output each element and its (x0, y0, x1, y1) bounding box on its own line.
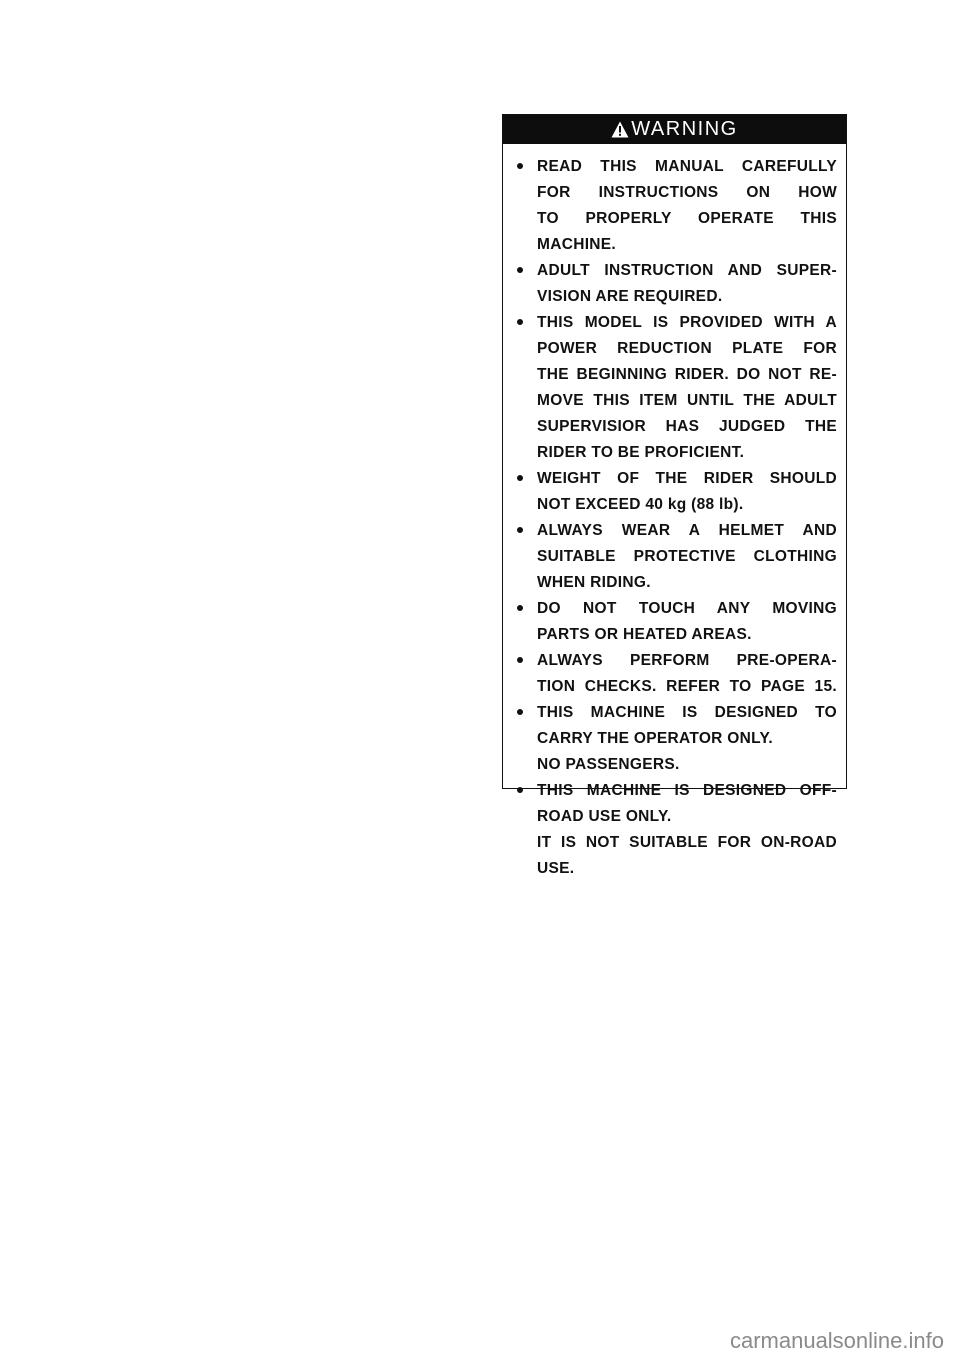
bullet-icon (517, 787, 523, 793)
warning-line: TO PROPERLY OPERATE THIS (537, 206, 837, 232)
bullet-icon (517, 527, 523, 533)
warning-line: SUPERVISIOR HAS JUDGED THE (537, 414, 837, 440)
warning-item: THIS MODEL IS PROVIDED WITH APOWER REDUC… (515, 310, 837, 466)
bullet-icon (517, 475, 523, 481)
warning-line: CARRY THE OPERATOR ONLY. (537, 726, 837, 752)
warning-header: WARNING (503, 115, 846, 144)
warning-line: WHEN RIDING. (537, 570, 837, 596)
warning-line: NO PASSENGERS. (537, 752, 837, 778)
warning-line: THIS MACHINE IS DESIGNED TO (537, 700, 837, 726)
warning-line: THE BEGINNING RIDER. DO NOT RE- (537, 362, 837, 388)
warning-item: ALWAYS PERFORM PRE-OPERA-TION CHECKS. RE… (515, 648, 837, 700)
warning-line: ROAD USE ONLY. (537, 804, 837, 830)
warning-line: TION CHECKS. REFER TO PAGE 15. (537, 674, 837, 700)
warning-line: VISION ARE REQUIRED. (537, 284, 837, 310)
warning-line: THIS MACHINE IS DESIGNED OFF- (537, 778, 837, 804)
watermark: carmanualsonline.info (730, 1328, 944, 1354)
warning-line: RIDER TO BE PROFICIENT. (537, 440, 837, 466)
warning-line: READ THIS MANUAL CAREFULLY (537, 154, 837, 180)
warning-line: ALWAYS PERFORM PRE-OPERA- (537, 648, 837, 674)
warning-list: READ THIS MANUAL CAREFULLYFOR INSTRUCTIO… (503, 144, 846, 882)
warning-line: MOVE THIS ITEM UNTIL THE ADULT (537, 388, 837, 414)
warning-box: WARNING READ THIS MANUAL CAREFULLYFOR IN… (502, 114, 847, 789)
warning-line: USE. (537, 856, 837, 882)
warning-line: WEIGHT OF THE RIDER SHOULD (537, 466, 837, 492)
warning-line: SUITABLE PROTECTIVE CLOTHING (537, 544, 837, 570)
warning-title: WARNING (631, 118, 737, 141)
warning-triangle-icon (611, 121, 629, 138)
warning-line: FOR INSTRUCTIONS ON HOW (537, 180, 837, 206)
warning-line: DO NOT TOUCH ANY MOVING (537, 596, 837, 622)
warning-line: POWER REDUCTION PLATE FOR (537, 336, 837, 362)
warning-line: MACHINE. (537, 232, 837, 258)
bullet-icon (517, 319, 523, 325)
bullet-icon (517, 709, 523, 715)
bullet-icon (517, 267, 523, 273)
warning-line: ADULT INSTRUCTION AND SUPER- (537, 258, 837, 284)
warning-item: DO NOT TOUCH ANY MOVINGPARTS OR HEATED A… (515, 596, 837, 648)
warning-item: ALWAYS WEAR A HELMET ANDSUITABLE PROTECT… (515, 518, 837, 596)
warning-line: NOT EXCEED 40 kg (88 lb). (537, 492, 837, 518)
bullet-icon (517, 605, 523, 611)
warning-item: THIS MACHINE IS DESIGNED OFF-ROAD USE ON… (515, 778, 837, 882)
warning-line: ALWAYS WEAR A HELMET AND (537, 518, 837, 544)
bullet-icon (517, 163, 523, 169)
warning-item: THIS MACHINE IS DESIGNED TOCARRY THE OPE… (515, 700, 837, 778)
warning-line: PARTS OR HEATED AREAS. (537, 622, 837, 648)
warning-item: ADULT INSTRUCTION AND SUPER-VISION ARE R… (515, 258, 837, 310)
warning-item: READ THIS MANUAL CAREFULLYFOR INSTRUCTIO… (515, 154, 837, 258)
warning-item: WEIGHT OF THE RIDER SHOULDNOT EXCEED 40 … (515, 466, 837, 518)
bullet-icon (517, 657, 523, 663)
warning-line: IT IS NOT SUITABLE FOR ON-ROAD (537, 830, 837, 856)
warning-line: THIS MODEL IS PROVIDED WITH A (537, 310, 837, 336)
